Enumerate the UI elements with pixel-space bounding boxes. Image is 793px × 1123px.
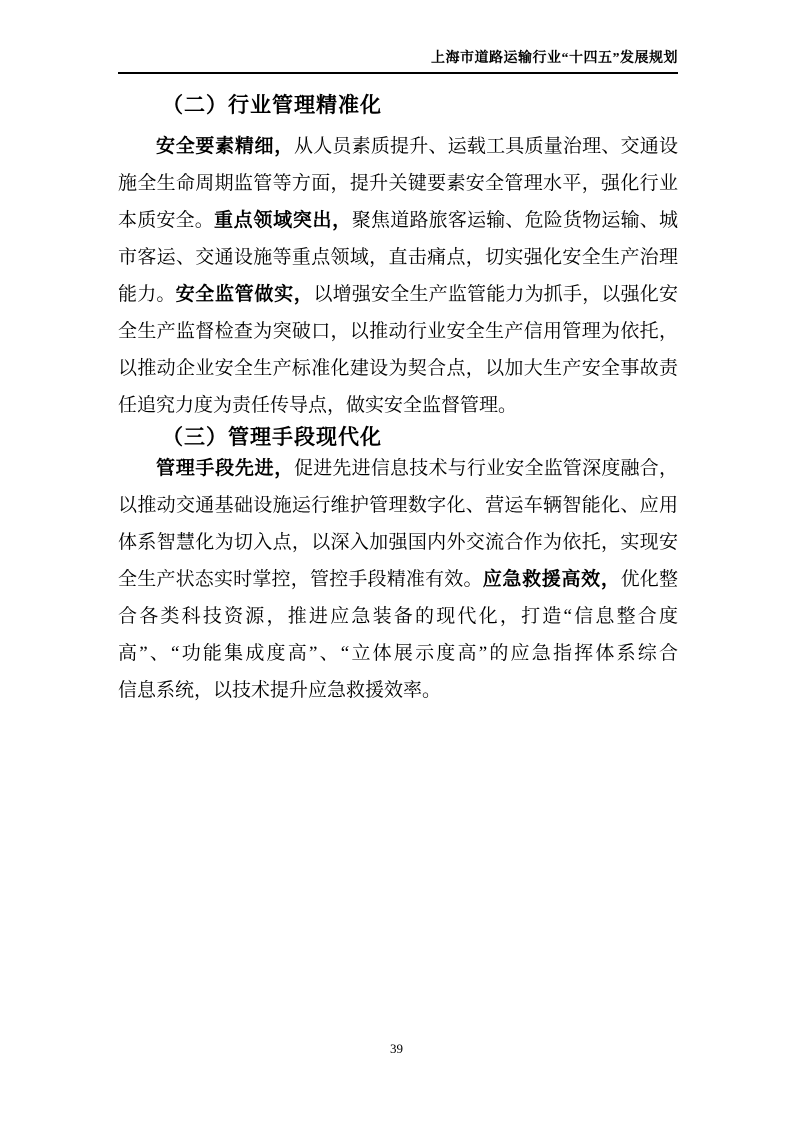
header-rule bbox=[118, 72, 678, 74]
lead-in-bold-text: 安全监管做实， bbox=[176, 284, 314, 305]
body-text: 以推动交通基础设施运行维护管理数字化、营运车辆智能化、应用 bbox=[118, 495, 678, 516]
section: （二）行业管理精准化安全要素精细，从人员素质提升、运载工具质量治理、交通设施全生… bbox=[118, 94, 678, 424]
text-line: 本质安全。重点领域突出，聚焦道路旅客运输、危险货物运输、城 bbox=[118, 202, 678, 239]
body-text: 从人员素质提升、运载工具质量治理、交通设 bbox=[294, 136, 678, 157]
text-line: 施全生命周期监管等方面，提升关键要素安全管理水平，强化行业 bbox=[118, 165, 678, 202]
body-text: 高”、“功能集成度高”、“立体展示度高”的应急指挥体系综合 bbox=[118, 643, 678, 664]
text-line: 安全要素精细，从人员素质提升、运载工具质量治理、交通设 bbox=[118, 128, 678, 165]
lead-in-bold-text: 安全要素精细， bbox=[156, 136, 294, 157]
lead-in-bold-text: 应急救援高效， bbox=[483, 569, 621, 590]
body-text: 以增强安全生产监管能力为抓手，以强化安 bbox=[313, 284, 678, 305]
body-text: 优化整 bbox=[621, 569, 678, 590]
section: （三）管理手段现代化管理手段先进，促进先进信息技术与行业安全监管深度融合，以推动… bbox=[118, 426, 678, 709]
document-page: 上海市道路运输行业“十四五”发展规划 （二）行业管理精准化安全要素精细，从人员素… bbox=[0, 0, 793, 1123]
body-text: 全生产监督检查为突破口，以推动行业安全生产信用管理为依托， bbox=[118, 321, 678, 342]
text-line: 以推动企业安全生产标准化建设为契合点，以加大生产安全事故责 bbox=[118, 350, 678, 387]
body-text: 能力。 bbox=[118, 284, 176, 305]
text-line: 全生产监督检查为突破口，以推动行业安全生产信用管理为依托， bbox=[118, 313, 678, 350]
body-text: 任追究力度为责任传导点，做实安全监督管理。 bbox=[118, 395, 517, 416]
body-text: 促进先进信息技术与行业安全监管深度融合， bbox=[294, 458, 678, 479]
text-line: 管理手段先进，促进先进信息技术与行业安全监管深度融合， bbox=[118, 450, 678, 487]
page-number: 39 bbox=[390, 1041, 403, 1056]
text-line: 高”、“功能集成度高”、“立体展示度高”的应急指挥体系综合 bbox=[118, 635, 678, 672]
body-text: 以推动企业安全生产标准化建设为契合点，以加大生产安全事故责 bbox=[118, 358, 678, 379]
page-header: 上海市道路运输行业“十四五”发展规划 bbox=[118, 50, 678, 74]
section-heading: （三）管理手段现代化 bbox=[118, 426, 678, 450]
paragraph: 管理手段先进，促进先进信息技术与行业安全监管深度融合，以推动交通基础设施运行维护… bbox=[118, 450, 678, 709]
section-heading: （二）行业管理精准化 bbox=[118, 94, 678, 118]
body-text: 全生产状态实时掌控，管控手段精准有效。 bbox=[118, 569, 483, 590]
body-text: 施全生命周期监管等方面，提升关键要素安全管理水平，强化行业 bbox=[118, 173, 678, 194]
text-line: 信息系统，以技术提升应急救援效率。 bbox=[118, 672, 678, 709]
text-line: 能力。安全监管做实，以增强安全生产监管能力为抓手，以强化安 bbox=[118, 276, 678, 313]
text-line: 合各类科技资源，推进应急装备的现代化，打造“信息整合度 bbox=[118, 598, 678, 635]
text-line: 全生产状态实时掌控，管控手段精准有效。应急救援高效，优化整 bbox=[118, 561, 678, 598]
body-text: 市客运、交通设施等重点领域，直击痛点，切实强化安全生产治理 bbox=[118, 247, 678, 268]
text-line: 以推动交通基础设施运行维护管理数字化、营运车辆智能化、应用 bbox=[118, 487, 678, 524]
header-title: 上海市道路运输行业“十四五”发展规划 bbox=[118, 50, 678, 68]
text-line: 任追究力度为责任传导点，做实安全监督管理。 bbox=[118, 387, 678, 424]
body-text: 体系智慧化为切入点，以深入加强国内外交流合作为依托，实现安 bbox=[118, 532, 678, 553]
lead-in-bold-text: 管理手段先进， bbox=[156, 458, 294, 479]
text-line: 体系智慧化为切入点，以深入加强国内外交流合作为依托，实现安 bbox=[118, 524, 678, 561]
text-line: 市客运、交通设施等重点领域，直击痛点，切实强化安全生产治理 bbox=[118, 239, 678, 276]
body-text: 信息系统，以技术提升应急救援效率。 bbox=[118, 680, 441, 701]
body-text: 合各类科技资源，推进应急装备的现代化，打造“信息整合度 bbox=[118, 606, 678, 627]
body-text: 聚焦道路旅客运输、危险货物运输、城 bbox=[352, 210, 678, 231]
body-text: 本质安全。 bbox=[118, 210, 214, 231]
page-footer: 39 bbox=[0, 1040, 793, 1058]
paragraph: 安全要素精细，从人员素质提升、运载工具质量治理、交通设施全生命周期监管等方面，提… bbox=[118, 128, 678, 424]
lead-in-bold-text: 重点领域突出， bbox=[214, 210, 352, 231]
